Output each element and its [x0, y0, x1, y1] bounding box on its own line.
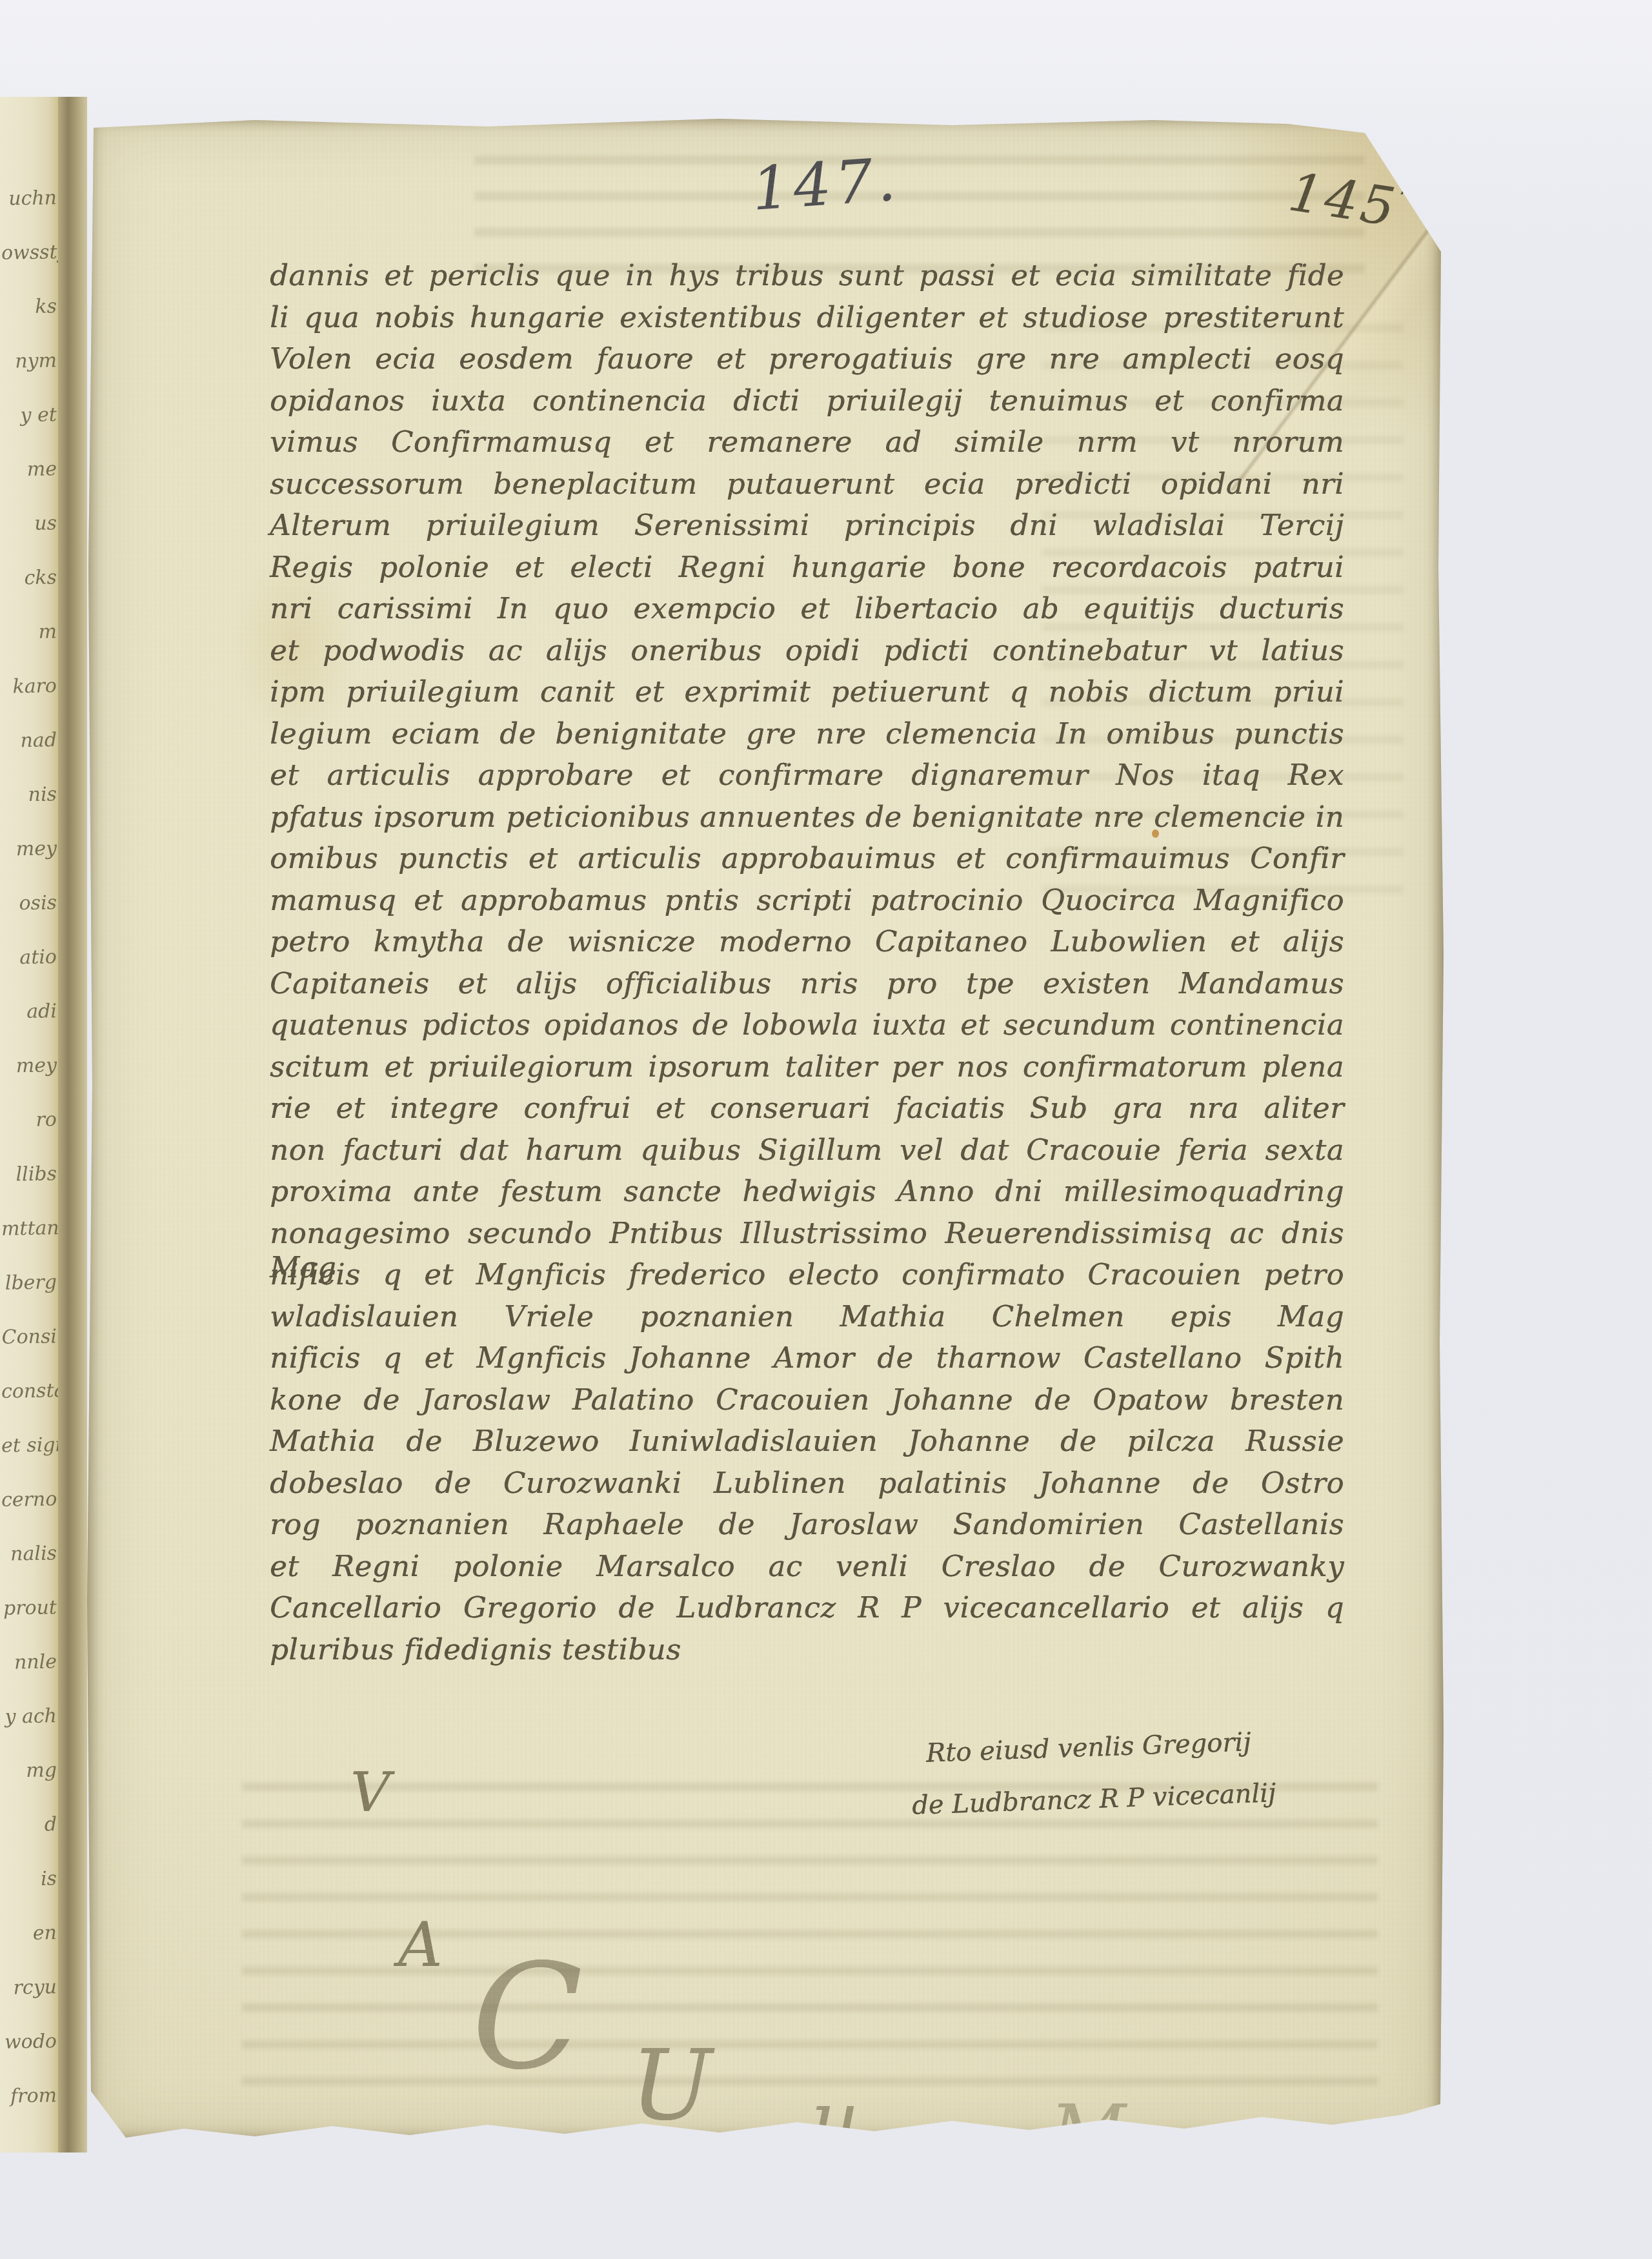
- manuscript-line: Capitaneis et alijs officialibus nris pr…: [270, 966, 1344, 1006]
- manuscript-line: pluribus fidedignis testibus: [270, 1632, 1344, 1672]
- manuscript-line: Regis polonie et electi Regni hungarie b…: [270, 550, 1344, 590]
- manuscript-line: li qua nobis hungarie existentibus dilig…: [270, 300, 1344, 340]
- facing-page-text-fragment: mey: [1, 837, 57, 860]
- folio-number-ink: 145ʹ: [1285, 161, 1411, 241]
- manuscript-line: nonagesimo secundo Pntibus Illustrissimo…: [270, 1216, 1344, 1256]
- manuscript-line: Volen ecia eosdem fauore et prerogatiuis…: [270, 341, 1344, 381]
- manuscript-line: legium eciam de benignitate gre nre clem…: [270, 716, 1344, 756]
- facing-page-text-fragment: nad: [1, 729, 57, 752]
- pen-trial-letter: U: [630, 2043, 712, 2130]
- facing-page-text-fragment: cks: [1, 566, 57, 589]
- manuscript-line: nificis q et Mgnficis Johanne Amor de th…: [270, 1341, 1344, 1381]
- facing-page-text-fragment: wodo: [1, 2030, 57, 2053]
- manuscript-line: nri carissimi In quo exempcio et liberta…: [270, 591, 1344, 631]
- manuscript-line: dannis et periclis que in hys tribus sun…: [270, 258, 1344, 298]
- manuscript-line: omibus punctis et articulis approbauimus…: [270, 841, 1344, 881]
- pen-trial-letter: u: [811, 2086, 859, 2153]
- facing-page-text-fragment: ks: [1, 295, 57, 318]
- facing-page-text-fragment: from: [1, 2084, 57, 2107]
- facing-page-text-fragment: cerno: [1, 1488, 57, 1511]
- facing-page-text-fragment: owssty: [1, 241, 57, 264]
- facing-page-text-fragment: mttan: [1, 1217, 57, 1240]
- facing-page-text-fragment: nym: [1, 349, 57, 372]
- book-gutter: [58, 97, 87, 2153]
- manuscript-line: et Regni polonie Marsalco ac venli Cresl…: [270, 1549, 1344, 1589]
- manuscript-line: petro kmytha de wisnicze moderno Capitan…: [270, 924, 1344, 964]
- manuscript-line: rie et integre confrui et conseruari fac…: [270, 1091, 1344, 1131]
- manuscript-line: et podwodis ac alijs oneribus opidi pdic…: [270, 633, 1344, 673]
- manuscript-line: et articulis approbare et confirmare dig…: [270, 758, 1344, 798]
- facing-page-text-fragment: d: [1, 1813, 57, 1836]
- folio-ink-digits: 145: [1285, 161, 1402, 239]
- facing-page-text-fragment: rcyu: [1, 1976, 57, 1999]
- manuscript-line: pfatus ipsorum peticionibus annuentes de…: [270, 800, 1344, 840]
- manuscript-line: non facturi dat harum quibus Sigillum ve…: [270, 1133, 1344, 1173]
- facing-page-text-fragment: nnle: [1, 1650, 57, 1674]
- manuscript-line: proxima ante festum sancte hedwigis Anno…: [270, 1174, 1344, 1214]
- manuscript-line: Cancellario Gregorio de Ludbrancz R P vi…: [270, 1590, 1344, 1630]
- pen-trial-letter: M: [1050, 2099, 1126, 2166]
- facing-page-text-fragment: me: [1, 458, 57, 481]
- manuscript-line: Alterum priuilegium Serenissimi principi…: [270, 508, 1344, 548]
- facing-page-text-fragment: y ach: [1, 1705, 57, 1728]
- scan-background: uchnowsstyksnymy etmeuscksmkaronadnismey…: [0, 0, 1652, 2259]
- facing-page-text-fragment: en: [1, 1921, 57, 1945]
- facing-page-text-fragment: is: [1, 1867, 57, 1890]
- manuscript-line: quatenus pdictos opidanos de lobowla iux…: [270, 1008, 1344, 1048]
- facing-page-text-fragment: uchn: [1, 187, 57, 210]
- manuscript-line: Mathia de Bluzewo Iuniwladislauien Johan…: [270, 1424, 1344, 1464]
- manuscript-page: 147. 145ʹ dannis et periclis que in hys …: [87, 116, 1444, 2143]
- facing-page-text-fragment: m: [1, 620, 57, 643]
- manuscript-line: wladislauien Vriele poznanien Mathia Che…: [270, 1299, 1344, 1339]
- facing-page-text-fragment: osis: [1, 891, 57, 915]
- folio-number-pencil: 147.: [750, 145, 902, 224]
- facing-page-text-fragment: llibs: [1, 1162, 57, 1186]
- facing-page-text-fragment: nis: [1, 783, 57, 806]
- manuscript-line: opidanos iuxta continencia dicti priuile…: [270, 383, 1344, 423]
- pen-trial-letter: A: [398, 1918, 443, 1974]
- facing-page-text-fragment: mg: [1, 1759, 57, 1782]
- facing-page-text-fragment: Consi: [1, 1325, 57, 1348]
- facing-page-text-fragment: adi: [1, 1000, 57, 1023]
- facing-page-text-fragment: prout: [1, 1596, 57, 1619]
- manuscript-line: rog poznanien Raphaele de Jaroslaw Sando…: [270, 1507, 1344, 1547]
- facing-page-text-fragment: lberg: [1, 1271, 57, 1294]
- manuscript-line: scitum et priuilegiorum ipsorum taliter …: [270, 1049, 1344, 1089]
- manuscript-line: nificis q et Mgnficis frederico electo c…: [270, 1257, 1344, 1297]
- facing-page-text-fragment: karo: [1, 674, 57, 698]
- facing-page-text-fragment: et sigil: [1, 1433, 57, 1457]
- manuscript-line: ipm priuilegium canit et exprimit petiue…: [270, 674, 1344, 714]
- manuscript-line: vimus Confirmamusq et remanere ad simile…: [270, 425, 1344, 465]
- subscription-line: de Ludbrancz R P vicecanlij: [911, 1778, 1276, 1821]
- facing-page-text-fragment: atio: [1, 946, 57, 969]
- manuscript-line: mamusq et approbamus pntis scripti patro…: [270, 883, 1344, 923]
- facing-page-text-fragment: ro: [1, 1108, 57, 1131]
- facing-page-text-fragment: y et: [1, 403, 57, 427]
- manuscript-line: dobeslao de Curozwanki Lublinen palatini…: [270, 1466, 1344, 1506]
- facing-page-text-fragment: us: [1, 512, 57, 535]
- pen-trial-letter: V: [350, 1768, 390, 1818]
- subscription-line: Rto eiusd venlis Gregorij: [925, 1727, 1251, 1768]
- manuscript-line: successorum beneplacitum putauerunt ecia…: [270, 467, 1344, 507]
- facing-page-edge: uchnowsstyksnymy etmeuscksmkaronadnismey…: [0, 97, 58, 2153]
- manuscript-line: kone de Jaroslaw Palatino Cracouien Joha…: [270, 1383, 1344, 1423]
- facing-page-text-fragment: nalis: [1, 1542, 57, 1565]
- pen-trial-letter: C: [472, 1952, 583, 2083]
- facing-page-text-fragment: consta: [1, 1379, 57, 1403]
- facing-page-text-fragment: mey: [1, 1054, 57, 1077]
